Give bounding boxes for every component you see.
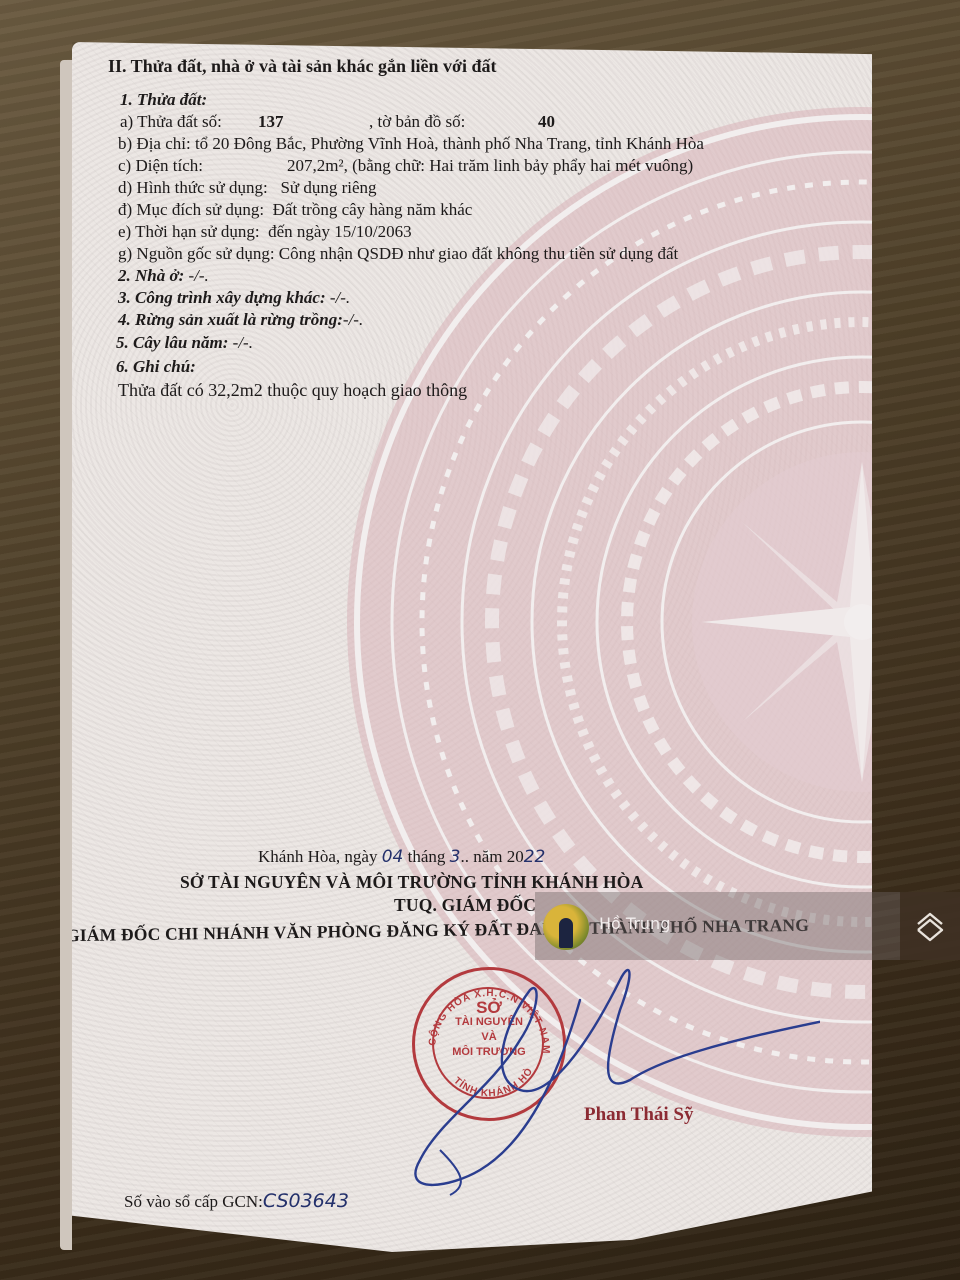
stacked-chevrons-logo-icon [910, 906, 950, 946]
usage-purpose-label: đ) Mục đích sử dụng: [118, 200, 264, 219]
land-plot-heading: 1. Thửa đất: [120, 90, 207, 110]
month-label: tháng [408, 847, 446, 866]
certificate-content: II. Thửa đất, nhà ở và tài sản khác gắn … [72, 42, 872, 1252]
address-label: b) Địa chỉ: [118, 134, 191, 153]
year-suffix: 22 [524, 847, 546, 867]
on-behalf-title: TUQ. GIÁM ĐỐC [394, 895, 536, 916]
usage-origin-row: g) Nguồn gốc sử dụng: Công nhận QSDĐ như… [118, 244, 678, 264]
stamp-center: SỞ TÀI NGUYÊN VÀ MÔI TRƯỜNG [415, 1000, 563, 1060]
map-sheet-value: 40 [538, 112, 555, 132]
month-value: 3 [450, 847, 461, 867]
watermark-overlay: Hồ Trung [535, 892, 960, 960]
area-value: 207,2m², (bằng chữ: Hai trăm linh bảy ph… [287, 156, 693, 176]
usage-term-value: đến ngày 15/10/2063 [268, 222, 412, 241]
usage-form-label: d) Hình thức sử dụng: [118, 178, 268, 197]
usage-purpose-value: Đất trồng cây hàng năm khác [273, 200, 473, 219]
production-forest-value: -/-. [343, 310, 363, 329]
department-title: SỞ TÀI NGUYÊN VÀ MÔI TRƯỜNG TỈNH KHÁNH H… [180, 872, 643, 893]
stamp-line-4: MÔI TRƯỜNG [415, 1045, 563, 1060]
notes-value: Thửa đất có 32,2m2 thuộc quy hoạch giao … [118, 380, 467, 401]
stamp-line-2: TÀI NGUYÊN [415, 1015, 563, 1030]
usage-term-row: e) Thời hạn sử dụng: đến ngày 15/10/2063 [118, 222, 412, 242]
address-row: b) Địa chỉ: tổ 20 Đông Bắc, Phường Vĩnh … [118, 134, 704, 154]
house-label: 2. Nhà ở: [118, 266, 184, 285]
plot-number-row: a) Thửa đất số: [120, 112, 222, 132]
registry-row: Số vào sổ cấp GCN:CS03643 [124, 1190, 349, 1212]
usage-term-label: e) Thời hạn sử dụng: [118, 222, 260, 241]
signer-name: Phan Thái Sỹ [584, 1104, 693, 1126]
usage-origin-value: Công nhận QSDĐ như giao đất không thu ti… [279, 244, 678, 263]
other-construction-row: 3. Công trình xây dựng khác: -/-. [118, 288, 350, 308]
day-value: 04 [382, 847, 404, 867]
area-label: c) Diện tích: [118, 156, 203, 176]
usage-form-row: d) Hình thức sử dụng: Sử dụng riêng [118, 178, 377, 198]
usage-origin-label: g) Nguồn gốc sử dụng: [118, 244, 275, 263]
house-value: -/-. [189, 266, 209, 285]
year-label: năm 20 [473, 847, 524, 866]
notes-label: 6. Ghi chú: [116, 357, 196, 377]
place-date-prefix: Khánh Hòa, ngày [258, 847, 377, 866]
production-forest-row: 4. Rừng sản xuất là rừng trồng:-/-. [118, 310, 363, 330]
official-stamp: CỘNG HÒA X.H.C.N VIỆT NAM TỈNH KHÁNH HÒA… [412, 967, 566, 1121]
stamp-line-3: VÀ [415, 1030, 563, 1045]
other-construction-value: -/-. [330, 288, 350, 307]
perennial-trees-label: 5. Cây lâu năm: [116, 333, 228, 352]
perennial-trees-row: 5. Cây lâu năm: -/-. [116, 333, 253, 353]
logo-badge [900, 892, 960, 960]
certificate-page: II. Thửa đất, nhà ở và tài sản khác gắn … [72, 42, 872, 1252]
map-sheet-label: , tờ bản đồ số: [369, 112, 465, 132]
usage-purpose-row: đ) Mục đích sử dụng: Đất trồng cây hàng … [118, 200, 472, 220]
plot-number-value: 137 [258, 112, 284, 132]
usage-form-value: Sử dụng riêng [280, 178, 376, 197]
watermark-name: Hồ Trung [599, 914, 670, 933]
stamp-line-1: SỞ [415, 1000, 563, 1015]
underlying-sheet [60, 60, 72, 1250]
plot-number-label: a) Thửa đất số: [120, 112, 222, 131]
registry-value: CS03643 [263, 1190, 349, 1212]
user-avatar-icon [543, 904, 589, 950]
production-forest-label: 4. Rừng sản xuất là rừng trồng: [118, 310, 343, 329]
house-row: 2. Nhà ở: -/-. [118, 266, 209, 286]
address-value: tổ 20 Đông Bắc, Phường Vĩnh Hoà, thành p… [195, 134, 704, 153]
section-title: II. Thửa đất, nhà ở và tài sản khác gắn … [108, 56, 497, 77]
registry-label: Số vào sổ cấp GCN: [124, 1192, 263, 1211]
place-date: Khánh Hòa, ngày 04 tháng 3.. năm 2022 [258, 847, 545, 867]
perennial-trees-value: -/-. [233, 333, 253, 352]
other-construction-label: 3. Công trình xây dựng khác: [118, 288, 326, 307]
